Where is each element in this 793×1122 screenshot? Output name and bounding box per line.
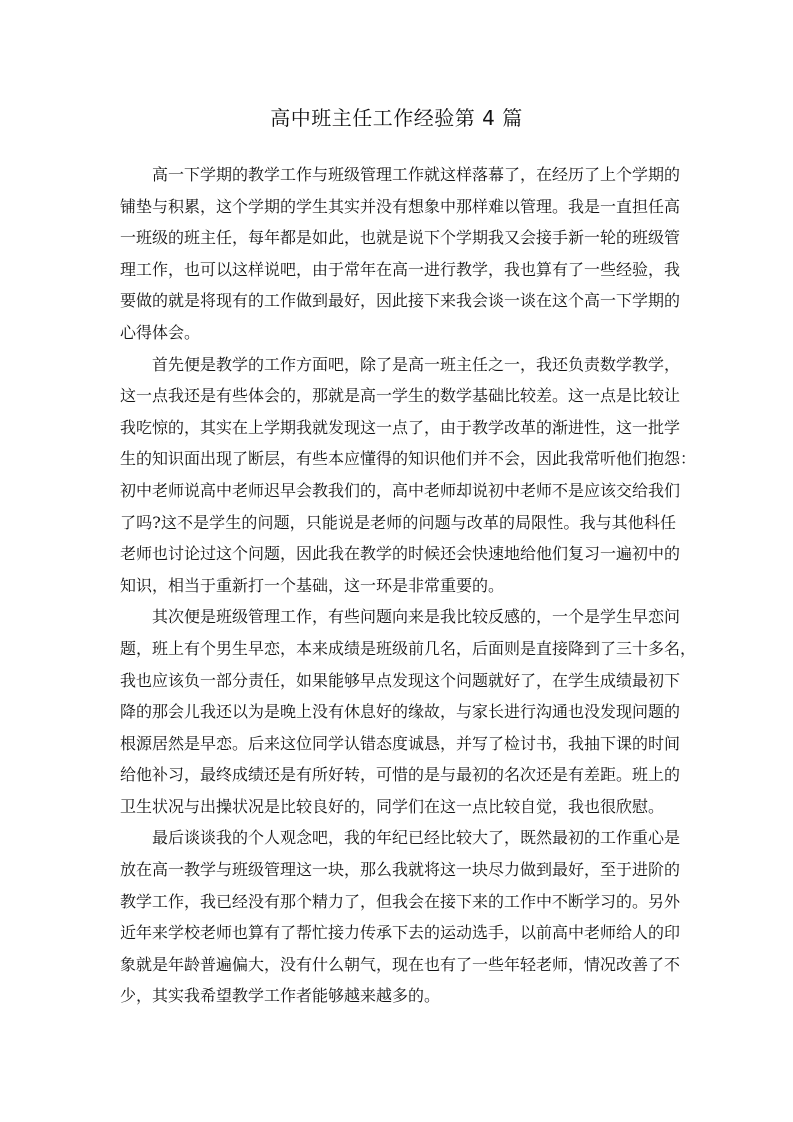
text-line: 降的那会儿我还以为是晚上没有休息好的缘故，与家长进行沟通也没发现问题的	[120, 696, 676, 728]
document-title: 高中班主任工作经验第 4 篇	[0, 104, 793, 132]
text-line: 这一点我还是有些体会的，那就是高一学生的数学基础比较差。这一点是比较让	[120, 380, 676, 412]
text-line: 要做的就是将现有的工作做到最好，因此接下来我会谈一谈在这个高一下学期的	[120, 285, 676, 317]
paragraph-1: 高一下学期的教学工作与班级管理工作就这样落幕了，在经历了上个学期的 铺垫与积累，…	[120, 159, 676, 349]
text-line: 理工作，也可以这样说吧，由于常年在高一进行教学，我也算有了一些经验，我	[120, 254, 676, 286]
text-line: 生的知识面出现了断层，有些本应懂得的知识他们并不会，因此我常听他们抱怨：	[120, 443, 676, 475]
text-line: 铺垫与积累，这个学期的学生其实并没有想象中那样难以管理。我是一直担任高	[120, 191, 676, 223]
text-line: 其次便是班级管理工作，有些问题向来是我比较反感的，一个是学生早恋问	[120, 601, 676, 633]
paragraph-3: 其次便是班级管理工作，有些问题向来是我比较反感的，一个是学生早恋问 题，班上有个…	[120, 601, 676, 822]
text-line: 我也应该负一部分责任，如果能够早点发现这个问题就好了，在学生成绩最初下	[120, 665, 676, 697]
paragraph-2: 首先便是教学的工作方面吧，除了是高一班主任之一，我还负责数学教学， 这一点我还是…	[120, 349, 676, 602]
text-line: 首先便是教学的工作方面吧，除了是高一班主任之一，我还负责数学教学，	[120, 349, 676, 381]
text-line: 最后谈谈我的个人观念吧，我的年纪已经比较大了，既然最初的工作重心是	[120, 822, 676, 854]
text-line: 知识，相当于重新打一个基础，这一环是非常重要的。	[120, 570, 676, 602]
paragraph-4: 最后谈谈我的个人观念吧，我的年纪已经比较大了，既然最初的工作重心是 放在高一教学…	[120, 822, 676, 1012]
text-line: 了吗?这不是学生的问题，只能说是老师的问题与改革的局限性。我与其他科任	[120, 507, 676, 539]
text-line: 近年来学校老师也算有了帮忙接力传承下去的运动选手，以前高中老师给人的印	[120, 917, 676, 949]
text-line: 少，其实我希望教学工作者能够越来越多的。	[120, 980, 676, 1012]
text-line: 我吃惊的，其实在上学期我就发现这一点了，由于教学改革的渐进性，这一批学	[120, 412, 676, 444]
text-line: 心得体会。	[120, 317, 676, 349]
text-line: 给他补习，最终成绩还是有所好转，可惜的是与最初的名次还是有差距。班上的	[120, 759, 676, 791]
text-line: 象就是年龄普遍偏大，没有什么朝气，现在也有了一些年轻老师，情况改善了不	[120, 949, 676, 981]
text-line: 教学工作，我已经没有那个精力了，但我会在接下来的工作中不断学习的。另外	[120, 886, 676, 918]
text-line: 放在高一教学与班级管理这一块，那么我就将这一块尽力做到最好，至于进阶的	[120, 854, 676, 886]
document-body: 高一下学期的教学工作与班级管理工作就这样落幕了，在经历了上个学期的 铺垫与积累，…	[120, 159, 676, 1012]
text-line: 题，班上有个男生早恋，本来成绩是班级前几名，后面则是直接降到了三十多名，	[120, 633, 676, 665]
text-line: 老师也讨论过这个问题，因此我在教学的时候还会快速地给他们复习一遍初中的	[120, 538, 676, 570]
text-line: 初中老师说高中老师迟早会教我们的，高中老师却说初中老师不是应该交给我们	[120, 475, 676, 507]
text-line: 高一下学期的教学工作与班级管理工作就这样落幕了，在经历了上个学期的	[120, 159, 676, 191]
text-line: 卫生状况与出操状况是比较良好的，同学们在这一点比较自觉，我也很欣慰。	[120, 791, 676, 823]
document-page: 高中班主任工作经验第 4 篇 高一下学期的教学工作与班级管理工作就这样落幕了，在…	[0, 0, 793, 1122]
text-line: 根源居然是早恋。后来这位同学认错态度诚恳，并写了检讨书，我抽下课的时间	[120, 728, 676, 760]
text-line: 一班级的班主任，每年都是如此，也就是说下个学期我又会接手新一轮的班级管	[120, 222, 676, 254]
